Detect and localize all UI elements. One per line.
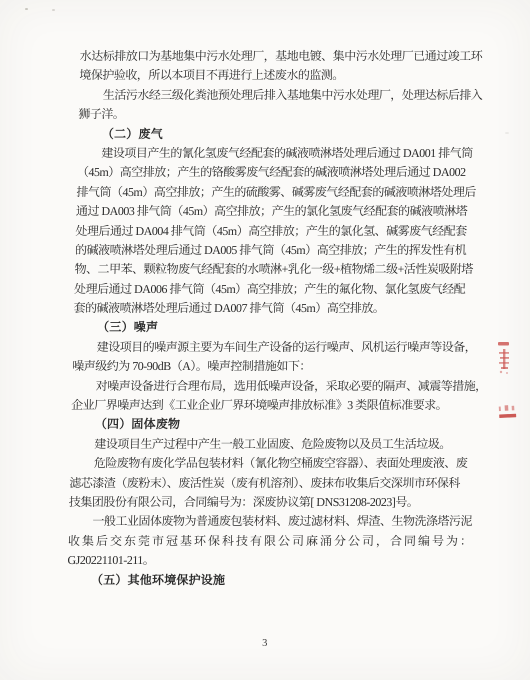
text-line: 境保护验收，所以本项目不再进行上述废水的监测。 [79,66,479,85]
section-heading: （二）废气 [78,125,478,144]
text-line: 处理后通过 DA004 排气筒（45m）高空排放；产生的氯化氢、碱雾废气经配套 [75,222,475,241]
text-line: 建设项目的噪声源主要为车间生产设备的运行噪声、风机运行噪声等设备， [72,338,472,357]
text-line: （45m）高空排放；产生的铬酸雾废气经配套的碱液喷淋塔处理后通过 DA002 [77,163,477,182]
text-line: 物、二甲苯、颗粒物废气经配套的水喷淋+乳化一级+植物烯二级+活性炭吸附塔 [74,260,474,279]
text-line: 狮子洋。 [78,105,478,124]
text-line: 一般工业固体废物为普通废包装材料、废过滤材料、焊渣、生物洗涤塔污泥 [68,512,468,531]
text-block: 水达标排放口为基地集中污水处理厂，基地电镀、集中污水处理厂已通过竣工环境保护验收… [67,47,480,590]
text-line: 收集后交东莞市冠基环保科技有限公司麻涌分公司，合同编号为： [68,532,468,551]
page-number: 3 [0,638,530,649]
scan-speck [505,132,509,134]
text-line: 滤芯漆渣（废粉末）、废活性炭（废有机溶剂）、废抹布收集后交深圳市环保科 [69,474,469,493]
text-line: 噪声级约为 70-90dB（A）。噪声控制措施如下： [72,357,472,376]
red-stamp-fragment-icon [497,342,513,380]
text-line: 企业厂界噪声达到《工业企业厂界环境噪声排放标准》3 类限值标准要求。 [71,396,471,415]
scanned-document-page: 水达标排放口为基地集中污水处理厂，基地电镀、集中污水处理厂已通过竣工环境保护验收… [0,0,530,680]
red-mark-underline-icon [499,404,522,421]
text-line: 处理后通过 DA006 排气筒（45m）高空排放；产生的氟化物、氯化氢废气经配 [74,280,474,299]
text-line: 套的碱液喷淋塔处理后通过 DA007 排气筒（45m）高空排放。 [73,299,473,318]
text-line: 危险废物有废化学品包装材料（氰化物空桶废空容器）、表面处理废液、废 [70,454,470,473]
text-line: 的碱液喷淋塔处理后通过 DA005 排气筒（45m）高空排放；产生的挥发性有机 [75,241,475,260]
text-line: 建设项目产生的氰化氢废气经配套的碱液喷淋塔处理后通过 DA001 排气筒 [77,144,477,163]
text-line: 建设项目生产过程中产生一般工业固废、危险废物以及员工生活垃圾。 [70,435,470,454]
text-line: 对噪声设备进行合理布局，选用低噪声设备，采取必要的隔声、减震等措施， [71,377,471,396]
section-heading: （四）固体废物 [71,415,471,434]
text-line: 技集团股份有限公司，合同编号为：深废协议第[ DNS31208-2023]号。 [69,493,469,512]
text-line: 通过 DA003 排气筒（45m）高空排放；产生的氯化氢废气经配套的碱液喷淋塔 [76,202,476,221]
scan-speck [25,8,28,10]
text-line: 排气筒（45m）高空排放；产生的硫酸雾、碱雾废气经配套的碱液喷淋塔处理后 [76,183,476,202]
scan-speck [52,9,55,11]
section-heading: （三）噪声 [73,318,473,337]
section-heading: （五）其他环境保护设施 [67,571,467,590]
text-line: GJ20221101-211。 [67,551,467,570]
text-line: 生活污水经三级化粪池预处理后排入基地集中污水处理厂，处理达标后排入 [79,86,479,105]
text-line: 水达标排放口为基地集中污水处理厂，基地电镀、集中污水处理厂已通过竣工环 [80,47,480,66]
